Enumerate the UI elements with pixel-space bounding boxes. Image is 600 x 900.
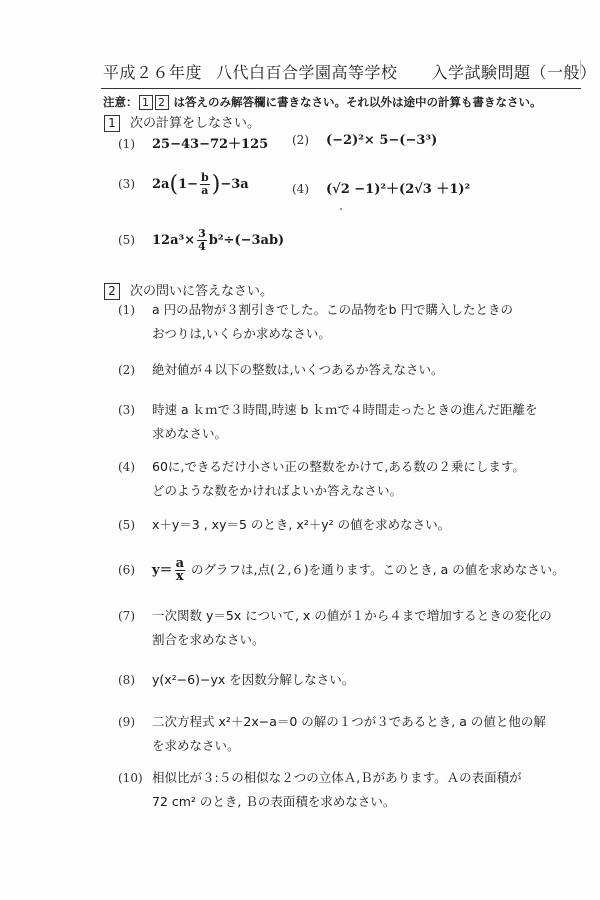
- s1-item-1: (1)25−43−72＋125: [118, 133, 268, 152]
- s2-item-10: (10)相似比が３:５の相似な２つの立体Ａ,Ｂがあります。Ａの表面積が 72 c…: [118, 768, 522, 810]
- speck: [340, 208, 342, 210]
- section-2-number: 2: [104, 283, 120, 300]
- item-label: (1): [118, 137, 152, 151]
- item-text-cont: 72 cm² のとき, Ｂの表面積を求めなさい。: [152, 792, 522, 810]
- item-text: y(x²−6)−yx を因数分解しなさい。: [152, 672, 354, 687]
- item-text: 一次関数 y＝5x について, x の値が１から４まで増加するときの変化の: [152, 608, 552, 623]
- item-text: 絶対値が４以下の整数は,いくつあるか答えなさい。: [152, 362, 443, 377]
- item-text-cont: 求めなさい。: [152, 424, 537, 442]
- item-label: (10): [118, 771, 152, 785]
- item-text: a 円の品物が３割引きでした。この品物をb 円で購入したときの: [152, 302, 513, 317]
- item-expression: y＝: [152, 563, 173, 578]
- item-label: (4): [118, 460, 152, 474]
- s2-item-4: (4)60に,できるだけ小さい正の整数をかけて,ある数の２乗にします。 どのよう…: [118, 457, 525, 499]
- s1-item-3: (3)2a(1−ba)−3a: [118, 172, 249, 197]
- note-box-2: 2: [155, 95, 169, 110]
- item-label: (8): [118, 673, 152, 687]
- s2-item-3: (3)時速 a ｋｍで３時間,時速 b ｋｍで４時間走ったときの進んだ距離を 求…: [118, 400, 537, 442]
- item-expression: 25−43−72＋125: [152, 137, 268, 152]
- item-label: (2): [118, 363, 152, 377]
- s1-item-4: (4)(√2 −1)²＋(2√3 ＋1)²: [292, 178, 470, 197]
- fraction: ba: [200, 172, 210, 197]
- item-label: (1): [118, 303, 152, 317]
- item-text-cont: を求めなさい。: [152, 736, 546, 754]
- item-text: 相似比が３:５の相似な２つの立体Ａ,Ｂがあります。Ａの表面積が: [152, 770, 522, 785]
- header-exam-title: 入学試験問題（一般）: [432, 63, 597, 82]
- s1-item-5: (5)12a³×34b²÷(−3ab): [118, 228, 284, 253]
- item-label: (9): [118, 715, 152, 729]
- exam-header: 平成２６年度八代白百合学園高等学校入学試験問題（一般）: [103, 60, 597, 83]
- s2-item-5: (5)x＋y＝3 , xy＝5 のとき, x²＋y² の値を求めなさい。: [118, 515, 450, 533]
- edge-mark: [580, 60, 581, 74]
- fraction: 34: [197, 228, 207, 253]
- item-label: (3): [118, 177, 152, 191]
- item-text: 60に,できるだけ小さい正の整数をかけて,ある数の２乗にします。: [152, 459, 525, 474]
- item-expression: 12a³×34b²÷(−3ab): [152, 233, 284, 248]
- section-2-instruction: 次の問いに答えなさい。: [130, 284, 273, 299]
- item-label: (7): [118, 609, 152, 623]
- header-school: 八代白百合学園高等学校: [216, 63, 398, 82]
- s2-item-7: (7)一次関数 y＝5x について, x の値が１から４まで増加するときの変化の…: [118, 606, 552, 648]
- note-prefix: 注意：: [103, 95, 138, 109]
- item-expression: (√2 −1)²＋(2√3 ＋1)²: [326, 182, 470, 197]
- item-label: (6): [118, 563, 152, 577]
- header-divider: [101, 88, 581, 89]
- section-1-instruction: 次の計算をしなさい。: [130, 116, 260, 131]
- section-1-number: 1: [104, 115, 120, 132]
- item-label: (3): [118, 403, 152, 417]
- note-text: は答えのみ解答欄に書きなさい。それ以外は途中の計算も書きなさい。: [174, 95, 542, 109]
- item-text: 二次方程式 x²＋2x−a＝0 の解の１つが３であるとき, a の値と他の解: [152, 714, 546, 729]
- item-text-cont: どのような数をかければよいか答えなさい。: [152, 481, 525, 499]
- item-label: (5): [118, 233, 152, 247]
- item-text: 時速 a ｋｍで３時間,時速 b ｋｍで４時間走ったときの進んだ距離を: [152, 402, 537, 417]
- note-box-1: 1: [139, 95, 153, 110]
- exam-page: 平成２６年度八代白百合学園高等学校入学試験問題（一般） 注意：12 は答えのみ解…: [0, 0, 600, 900]
- s2-item-9: (9)二次方程式 x²＋2x−a＝0 の解の１つが３であるとき, a の値と他の…: [118, 712, 546, 754]
- instructions-note: 注意：12 は答えのみ解答欄に書きなさい。それ以外は途中の計算も書きなさい。: [103, 94, 542, 110]
- item-expression: (−2)²× 5−(−3³): [326, 133, 437, 148]
- item-label: (4): [292, 182, 326, 196]
- item-text: のグラフは,点(２,６)を通ります。このとき, a の値を求めなさい。: [187, 562, 565, 577]
- header-year: 平成２６年度: [103, 63, 202, 82]
- item-label: (5): [118, 518, 152, 532]
- s2-item-2: (2)絶対値が４以下の整数は,いくつあるか答えなさい。: [118, 360, 443, 378]
- item-label: (2): [292, 133, 326, 147]
- fraction: ax: [175, 558, 185, 583]
- s2-item-1: (1)a 円の品物が３割引きでした。この品物をb 円で購入したときの おつりは,…: [118, 300, 513, 342]
- s2-item-8: (8)y(x²−6)−yx を因数分解しなさい。: [118, 670, 354, 688]
- section-2-heading: 2次の問いに答えなさい。: [103, 280, 273, 300]
- item-text-cont: おつりは,いくらか求めなさい。: [152, 324, 513, 342]
- s1-item-2: (2)(−2)²× 5−(−3³): [292, 133, 437, 148]
- item-expression: 2a(1−ba)−3a: [152, 177, 249, 192]
- s2-item-6: (6)y＝ax のグラフは,点(２,６)を通ります。このとき, a の値を求めな…: [118, 558, 565, 583]
- item-text-cont: 割合を求めなさい。: [152, 630, 552, 648]
- section-1-heading: 1次の計算をしなさい。: [103, 112, 260, 132]
- item-text: x＋y＝3 , xy＝5 のとき, x²＋y² の値を求めなさい。: [152, 517, 450, 532]
